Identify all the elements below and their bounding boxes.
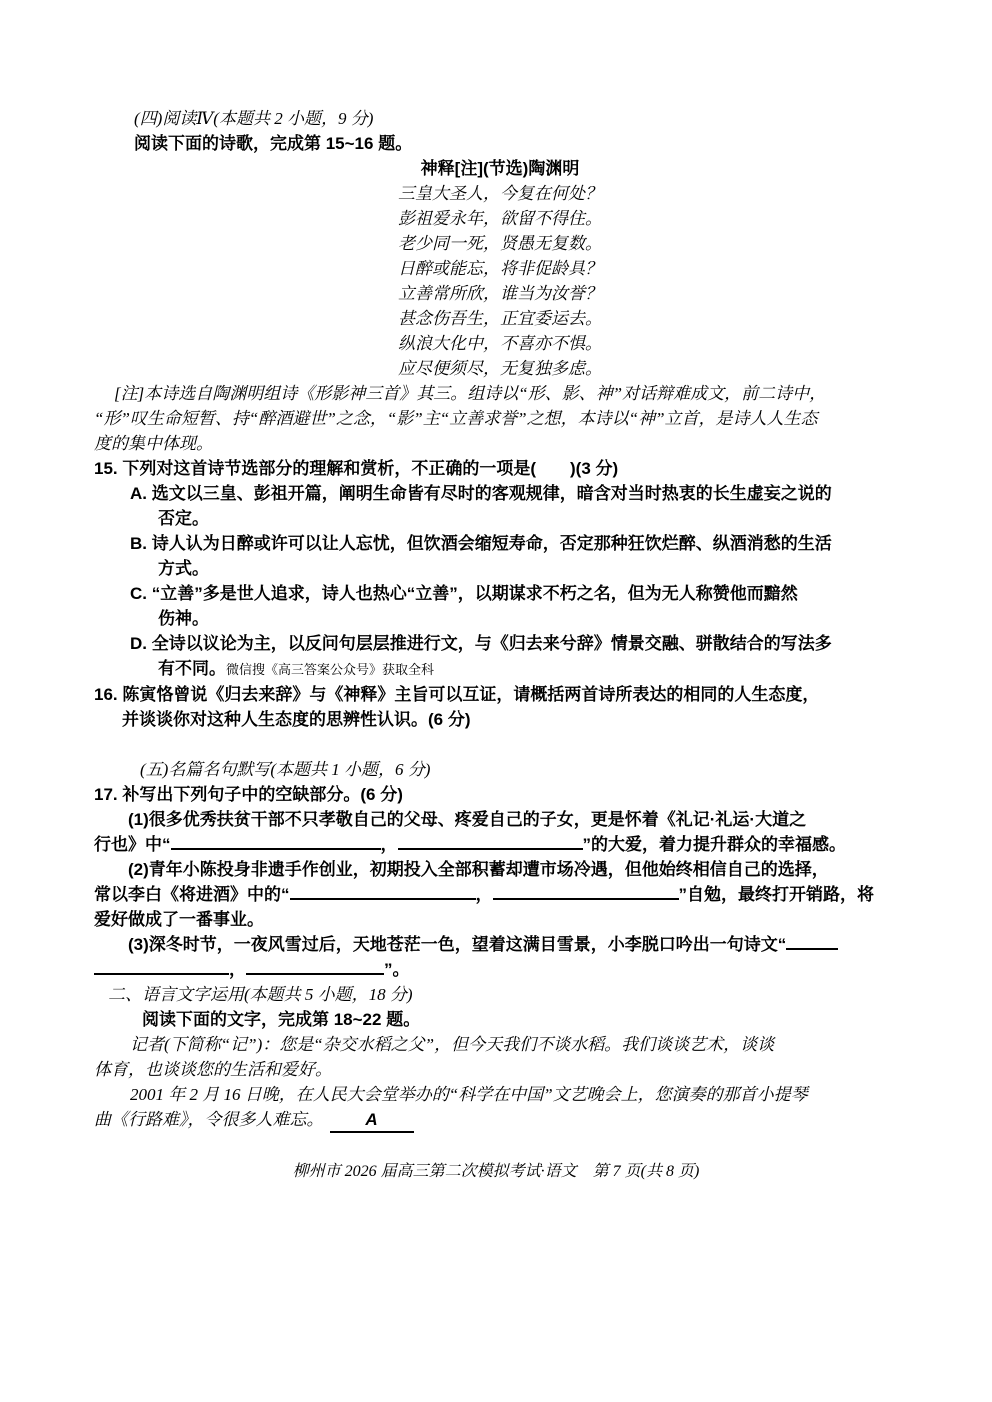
q17-item1-comma: ，: [381, 835, 398, 854]
question-15: 15. 下列对这首诗节选部分的理解和赏析，不正确的一项是( )(3 分) A. …: [94, 456, 906, 682]
passage-para1-line2: 体育，也谈谈您的生活和爱好。: [94, 1057, 906, 1082]
q17-item1-l2-pre: 行也》中“: [94, 835, 171, 854]
q17-item1-blank2: [398, 835, 583, 850]
q17-stem: 17. 补写出下列句子中的空缺部分。(6 分): [94, 782, 906, 807]
passage-para2-l2-text: 曲《行路难》，令很多人难忘。: [94, 1110, 324, 1129]
poem-title: 神释[注](节选)陶渊明: [94, 156, 906, 181]
passage-para2-line1: 2001 年 2 月 16 日晚，在人民大会堂举办的“科学在中国”文艺晚会上，您…: [94, 1082, 906, 1107]
poem-line: 三皇大圣人，今复在何处？: [94, 181, 906, 206]
q17-item1-blank1: [171, 835, 381, 850]
q15-option-b-wrap: 方式。: [94, 556, 906, 581]
q15-option-c: C. “立善”多是世人追求，诗人也热心“立善”，以期谋求不朽之名，但为无人称赞他…: [94, 581, 906, 606]
note-line: 度的集中体现。: [94, 431, 906, 456]
note-line: [注]本诗选自陶渊明组诗《形影神三首》其三。组诗以“形、影、神”对话辩难成文，前…: [94, 381, 906, 406]
passage-para1-line1: 记者(下简称“记”)：您是“杂交水稻之父”，但今天我们不谈水稻。我们谈谈艺术，谈…: [94, 1032, 906, 1057]
q15-stem: 15. 下列对这首诗节选部分的理解和赏析，不正确的一项是( )(3 分): [94, 456, 906, 481]
q16-line1: 16. 陈寅恪曾说《归去来辞》与《神释》主旨可以互证，请概括两首诗所表达的相同的…: [94, 682, 906, 707]
q17-item1-line1: (1)很多优秀扶贫干部不只孝敬自己的父母、疼爱自己的子女，更是怀着《礼记·礼运·…: [94, 807, 906, 832]
section2-instruction: 阅读下面的文字，完成第 18~22 题。: [94, 1007, 906, 1032]
poem-line: 应尽便须尽，无复独多虑。: [94, 356, 906, 381]
q15-option-d: D. 全诗以议论为主，以反问句层层推进行文，与《归去来兮辞》情景交融、骈散结合的…: [94, 631, 906, 656]
q17-item2-l2-post: ”自勉，最终打开销路，将: [679, 885, 875, 904]
section4-heading: (四)阅读Ⅳ(本题共 2 小题，9 分): [94, 106, 906, 131]
q15-option-b: B. 诗人认为日醉或许可以让人忘忧，但饮酒会缩短寿命，否定那种狂饮烂醉、纵酒消愁…: [94, 531, 906, 556]
q17-item1-l2-post: ”的大爱，着力提升群众的幸福感。: [583, 835, 847, 854]
poem-note: [注]本诗选自陶渊明组诗《形影神三首》其三。组诗以“形、影、神”对话辩难成文，前…: [94, 381, 906, 456]
question-16: 16. 陈寅恪曾说《归去来辞》与《神释》主旨可以互证，请概括两首诗所表达的相同的…: [94, 682, 906, 732]
passage-para2-line2: 曲《行路难》，令很多人难忘。A: [94, 1107, 906, 1133]
interview-passage: 记者(下简称“记”)：您是“杂交水稻之父”，但今天我们不谈水稻。我们谈谈艺术，谈…: [94, 1032, 906, 1133]
note-line: “形”叹生命短暂、持“醉酒避世”之念，“影”主“立善求誉”之想，本诗以“神”立首…: [94, 406, 906, 431]
q17-item3-blank1-start: [786, 935, 838, 950]
q17-item3-l1-text: (3)深冬时节，一夜风雪过后，天地苍茫一色，望着这满目雪景，小李脱口吟出一句诗文…: [128, 935, 786, 954]
question-17: 17. 补写出下列句子中的空缺部分。(6 分) (1)很多优秀扶贫干部不只孝敬自…: [94, 782, 906, 982]
poem-line: 纵浪大化中，不喜亦不惧。: [94, 331, 906, 356]
q15-option-d-wrap: 有不同。微信搜《高三答案公众号》获取全科: [94, 656, 906, 682]
q17-item1-line2: 行也》中“，”的大爱，着力提升群众的幸福感。: [94, 832, 906, 857]
exam-paper-page: (四)阅读Ⅳ(本题共 2 小题，9 分) 阅读下面的诗歌，完成第 15~16 题…: [0, 0, 992, 1402]
poem-line: 日醉或能忘，将非促龄具？: [94, 256, 906, 281]
poem-line: 甚念伤吾生，正宜委运去。: [94, 306, 906, 331]
q17-item3-blank1: [94, 960, 229, 975]
answer-blank-a: A: [330, 1109, 414, 1133]
q17-item3-comma: ，: [229, 960, 246, 979]
page-content: (四)阅读Ⅳ(本题共 2 小题，9 分) 阅读下面的诗歌，完成第 15~16 题…: [94, 106, 906, 1133]
section-gap: [94, 732, 906, 757]
q17-item3-line1: (3)深冬时节，一夜风雪过后，天地苍茫一色，望着这满目雪景，小李脱口吟出一句诗文…: [94, 932, 906, 957]
watermark-text: 微信搜《高三答案公众号》获取全科: [226, 662, 434, 677]
q17-item2-line1: (2)青年小陈投身非遗手作创业，初期投入全部积蓄却遭市场冷遇，但他始终相信自己的…: [94, 857, 906, 882]
q17-item2-blank2: [493, 885, 679, 900]
q17-item2-line2: 常以李白《将进酒》中的“，”自勉，最终打开销路，将: [94, 882, 906, 907]
q15-option-c-wrap: 伤神。: [94, 606, 906, 631]
poem-line: 立善常所欣，谁当为汝誉？: [94, 281, 906, 306]
section5-heading: (五)名篇名句默写(本题共 1 小题，6 分): [94, 757, 906, 782]
section4-instruction: 阅读下面的诗歌，完成第 15~16 题。: [94, 131, 906, 156]
q17-item2-blank1: [290, 885, 476, 900]
poem-line: 彭祖爱永年，欲留不得住。: [94, 206, 906, 231]
q17-item2-l2-pre: 常以李白《将进酒》中的“: [94, 885, 290, 904]
q17-item2-comma: ，: [476, 885, 493, 904]
q17-item2-line3: 爱好做成了一番事业。: [94, 907, 906, 932]
q15-option-a: A. 选文以三皇、彭祖开篇，阐明生命皆有尽时的客观规律，暗含对当时热衷的长生虚妄…: [94, 481, 906, 506]
q17-item3-l2-post: ”。: [384, 960, 410, 979]
section2-heading: 二、语言文字运用(本题共 5 小题，18 分): [94, 982, 906, 1007]
q15-option-a-wrap: 否定。: [94, 506, 906, 531]
q17-item3-blank2: [246, 960, 384, 975]
poem-line: 老少同一死，贤愚无复数。: [94, 231, 906, 256]
poem-block: 神释[注](节选)陶渊明 三皇大圣人，今复在何处？ 彭祖爱永年，欲留不得住。 老…: [94, 156, 906, 381]
q15-option-d-text: 有不同。: [158, 659, 226, 678]
q16-line2: 并谈谈你对这种人生态度的思辨性认识。(6 分): [94, 707, 906, 732]
q17-item3-line2: ，”。: [94, 957, 906, 982]
page-footer: 柳州市 2026 届高三第二次模拟考试·语文 第 7 页(共 8 页): [0, 1158, 992, 1181]
